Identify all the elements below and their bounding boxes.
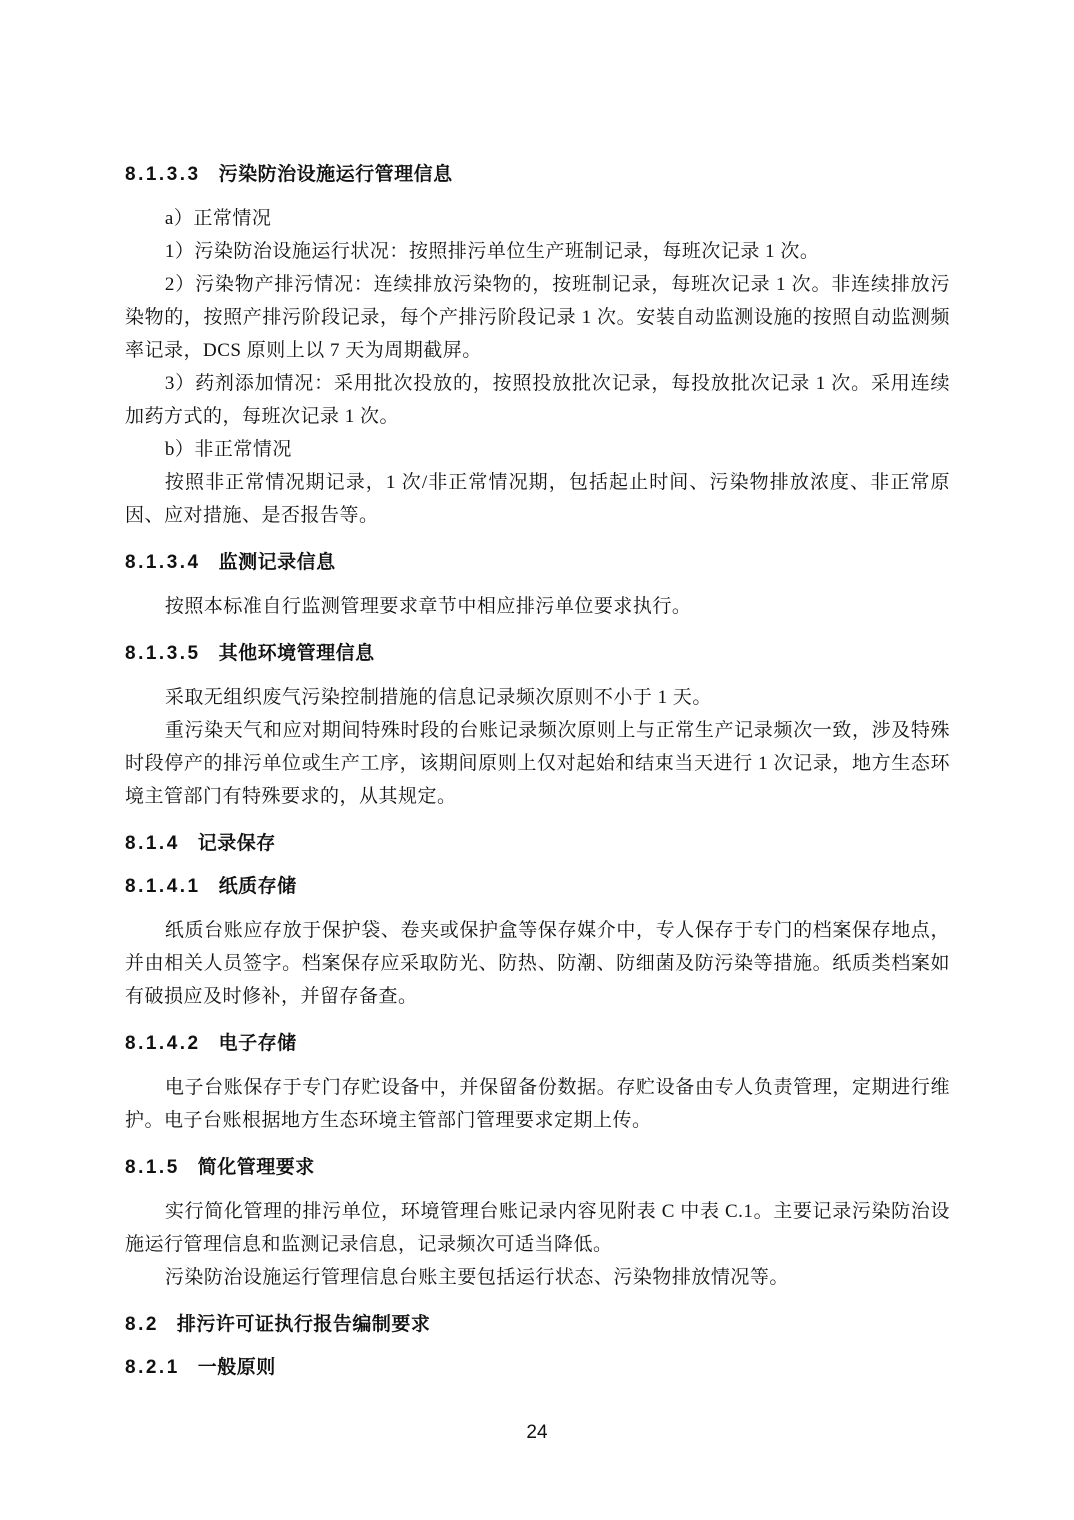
list-item-b: b）非正常情况 bbox=[125, 433, 950, 466]
section-title: 其他环境管理信息 bbox=[219, 643, 375, 664]
section-title: 纸质存储 bbox=[219, 876, 297, 897]
section-title: 排污许可证执行报告编制要求 bbox=[177, 1314, 431, 1335]
section-number: 8.2 bbox=[125, 1313, 159, 1337]
section-heading-8.1.3.3: 8.1.3.3污染防治设施运行管理信息 bbox=[125, 163, 950, 187]
section-number: 8.1.3.4 bbox=[125, 551, 201, 575]
paragraph: 按照本标准自行监测管理要求章节中相应排污单位要求执行。 bbox=[125, 590, 950, 623]
paragraph: 电子台账保存于专门存贮设备中，并保留备份数据。存贮设备由专人负责管理，定期进行维… bbox=[125, 1071, 950, 1137]
section-number: 8.1.5 bbox=[125, 1156, 180, 1180]
section-title: 污染防治设施运行管理信息 bbox=[219, 164, 453, 185]
section-heading-8.2.1: 8.2.1一般原则 bbox=[125, 1356, 950, 1380]
section-heading-8.1.4.1: 8.1.4.1纸质存储 bbox=[125, 875, 950, 899]
section-number: 8.2.1 bbox=[125, 1356, 180, 1380]
list-item-1: 1）污染防治设施运行状况：按照排污单位生产班制记录，每班次记录 1 次。 bbox=[125, 235, 950, 268]
section-heading-8.1.4: 8.1.4记录保存 bbox=[125, 832, 950, 856]
section-heading-8.1.3.5: 8.1.3.5其他环境管理信息 bbox=[125, 642, 950, 666]
section-number: 8.1.3.5 bbox=[125, 642, 201, 666]
section-title: 一般原则 bbox=[198, 1357, 276, 1378]
section-heading-8.2: 8.2排污许可证执行报告编制要求 bbox=[125, 1313, 950, 1337]
section-heading-8.1.3.4: 8.1.3.4监测记录信息 bbox=[125, 551, 950, 575]
section-number: 8.1.4.1 bbox=[125, 875, 201, 899]
section-heading-8.1.5: 8.1.5简化管理要求 bbox=[125, 1156, 950, 1180]
paragraph: 按照非正常情况期记录，1 次/非正常情况期，包括起止时间、污染物排放浓度、非正常… bbox=[125, 466, 950, 532]
list-item-2: 2）污染物产排污情况：连续排放污染物的，按班制记录，每班次记录 1 次。非连续排… bbox=[125, 268, 950, 367]
paragraph: 重污染天气和应对期间特殊时段的台账记录频次原则上与正常生产记录频次一致，涉及特殊… bbox=[125, 714, 950, 813]
page-number: 24 bbox=[0, 1422, 1074, 1444]
list-item-a: a）正常情况 bbox=[125, 202, 950, 235]
section-number: 8.1.4 bbox=[125, 832, 180, 856]
paragraph: 采取无组织废气污染控制措施的信息记录频次原则不小于 1 天。 bbox=[125, 681, 950, 714]
section-title: 简化管理要求 bbox=[198, 1157, 315, 1178]
section-number: 8.1.4.2 bbox=[125, 1032, 201, 1056]
section-title: 电子存储 bbox=[219, 1033, 297, 1054]
section-heading-8.1.4.2: 8.1.4.2电子存储 bbox=[125, 1032, 950, 1056]
paragraph: 纸质台账应存放于保护袋、卷夹或保护盒等保存媒介中，专人保存于专门的档案保存地点，… bbox=[125, 914, 950, 1013]
paragraph: 污染防治设施运行管理信息台账主要包括运行状态、污染物排放情况等。 bbox=[125, 1261, 950, 1294]
section-title: 记录保存 bbox=[198, 833, 276, 854]
list-item-3: 3）药剂添加情况：采用批次投放的，按照投放批次记录，每投放批次记录 1 次。采用… bbox=[125, 367, 950, 433]
paragraph: 实行简化管理的排污单位，环境管理台账记录内容见附表 C 中表 C.1。主要记录污… bbox=[125, 1195, 950, 1261]
document-page: 8.1.3.3污染防治设施运行管理信息 a）正常情况 1）污染防治设施运行状况：… bbox=[0, 0, 1074, 1380]
section-title: 监测记录信息 bbox=[219, 552, 336, 573]
section-number: 8.1.3.3 bbox=[125, 163, 201, 187]
